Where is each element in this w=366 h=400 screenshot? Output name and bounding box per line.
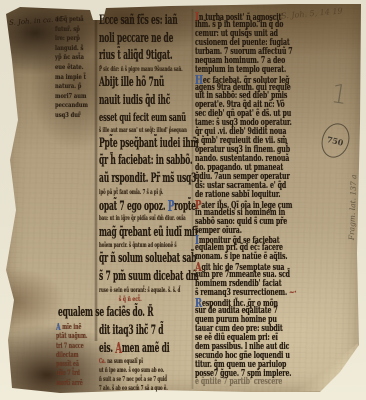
stamp-number: 750 (326, 134, 345, 148)
text-line: Abijt ille hõ 7nũ (99, 74, 154, 92)
text-line: q̃r ñ solum soluebat sab̃ (99, 250, 154, 268)
text-line: esset qui fecit eum sanũ (99, 109, 154, 126)
text-line: q̃r h̃ faciebat: in sabbõ. (99, 152, 154, 170)
main-text-column-left: Ecce sañ fc̃s es: iañnoli peccare ne der… (99, 12, 193, 393)
text-line: monam. s̃ ipe natũe ẽ aq̃lis. (195, 253, 277, 262)
main-text-column-right: In turba posit' ñ agnoscit'ihm̃. s̃ p̃ i… (195, 12, 315, 387)
text-line: ñ suit a se 7 nec pot̃ a se 7 quid̃ (99, 375, 155, 384)
photo-mat: ad q̃ petıãfutur̃. sp̃ire: perp̃languid.… (0, 0, 366, 400)
text-line: s̃ ille aut mar san' ut seq̃t: illud' p̃… (99, 126, 155, 135)
text-line: dit itaq3 ihc̃ 7 d̃ (99, 322, 154, 340)
text-line: Ca. na sum equalı̃ pı̃ (99, 357, 155, 366)
text-line: s̃ q̃ ñ ect̃. (99, 295, 161, 304)
text-line: dilectam (56, 350, 85, 359)
text-line: ipõ pã pt̃ fant omı̃a. 7 s̃ a pı̃ p̃. (99, 188, 155, 197)
text-line: tri 7 nacce (56, 341, 85, 350)
text-line: eis. Amen amẽ di (99, 339, 154, 357)
text-line: ma impie t̃ (55, 73, 88, 83)
text-line: futur̃. sp̃ (55, 25, 88, 35)
text-line: bau: ut in ig̃re q̃r pidı̃a suı̃ dm̃ diu… (99, 214, 155, 223)
text-line: yp̃ ñc ast̃a (55, 53, 88, 63)
text-line: possı̃t eã (56, 359, 85, 368)
left-margin-gloss-column: ad q̃ petıãfutur̃. sp̃ire: perp̃languid.… (55, 15, 97, 121)
text-line: ire: perp̃ (55, 34, 88, 44)
text-line: A mĩe inẽ (56, 322, 85, 331)
text-line: de ratione sabbı̃ loquitur. (195, 191, 277, 200)
text-line: natura. p̃ (55, 82, 88, 92)
text-line: mag̃ q̃rebant eũ iudı̃ mfı̃ (99, 224, 154, 242)
text-line: uı̃le 7 t̃rd (56, 368, 85, 377)
bottom-margin-gloss-column: A mĩe inẽptãt uag̃um.tri 7 naccedilectam… (56, 322, 100, 387)
text-line: opat̃ 7 ego opoz. Propt̃e (99, 197, 154, 215)
text-line: rius t̃ aliq̃d 9tigat. (99, 47, 154, 65)
text-line: 7 ale. s̃ ab eo sacm̃ 7 sã a quo ẽ. (99, 384, 155, 393)
text-line: nauit iudis q̃d ihc̃ (99, 92, 154, 110)
text-line: noli peccare ne de (99, 30, 154, 48)
text-line: ut ñ ipe ame. s̃ ego sum ab eo. (99, 366, 155, 375)
text-line: s̃ 7 pm̃ suum dicebat dm̃ (99, 268, 154, 286)
text-line: mortı̃ arrẽ (56, 378, 85, 387)
text-line: e q̃ntite 7 partib' crescere (195, 378, 277, 387)
text-line: semper oı̃ura. (195, 227, 277, 236)
text-line: peccandum (55, 101, 88, 111)
text-line: eue ẽtate. (55, 63, 88, 73)
text-line: templum in templo querat. (195, 66, 277, 75)
text-line: ptãt uag̃um. (56, 331, 85, 340)
text-line: P̃ sic dñr: ñ s̃ pigre manu 9s̃uanda san… (99, 65, 155, 74)
text-line: mori7 aum (55, 92, 88, 102)
text-line: s̃ remanq3 resurrectionem. ~· (195, 289, 277, 298)
text-line: usq3 dur̃ (55, 111, 88, 121)
text-line: equalem se faciẽs d̃o. R̃ (58, 304, 136, 322)
text-line: ruse õ sein eũ uorant̃: s̃ aquale. s̃. s… (99, 286, 155, 295)
text-line: languid. s̃ (55, 44, 88, 54)
text-line: aũ rspondit. Pr̃ ms̃ usq3 (99, 170, 154, 188)
text-line: Ecce sañ fc̃s es: iañ (99, 12, 154, 30)
text-line: hoı̃em parcir. s̃ q̃ntum ad opinionẽ s̃ (99, 241, 155, 250)
text-line: Ppt̃e pseq̃bant̃ iudei ihm̃ (99, 135, 154, 153)
